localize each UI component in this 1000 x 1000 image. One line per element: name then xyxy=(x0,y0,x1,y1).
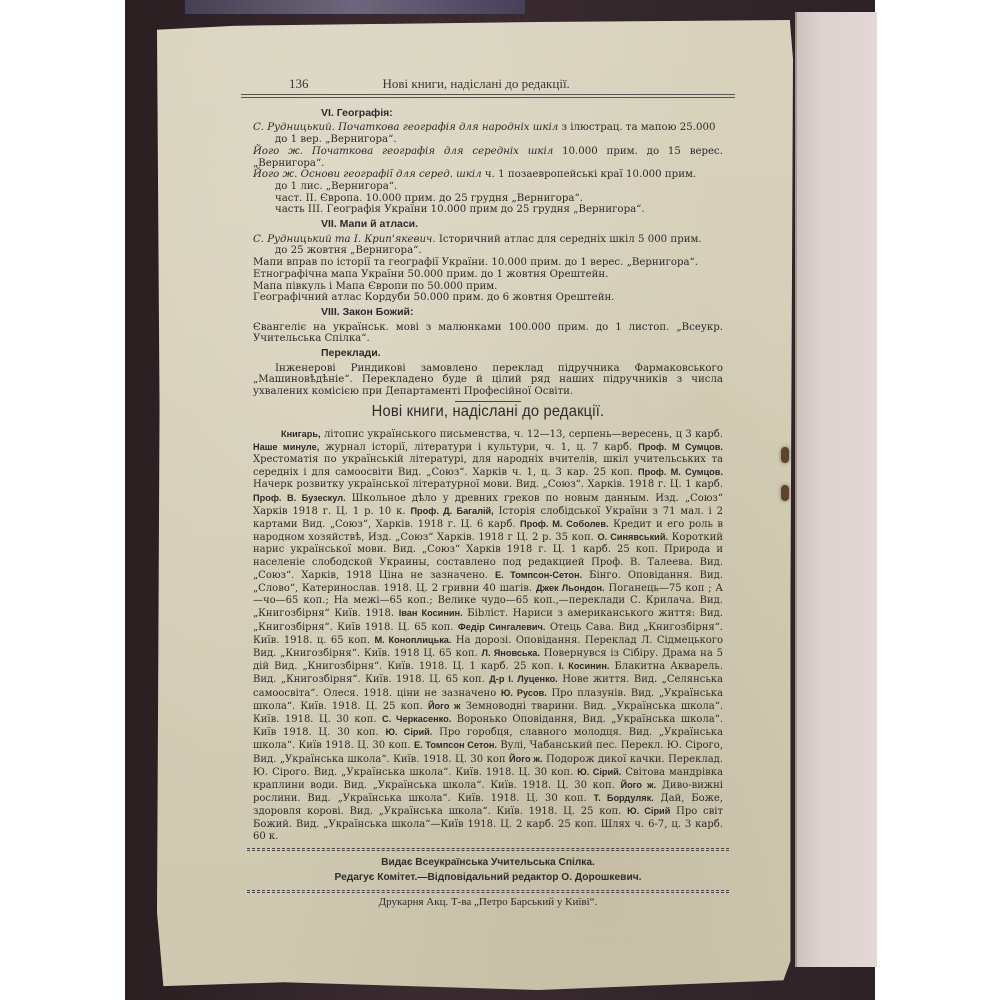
section-divider xyxy=(455,401,521,402)
book-author: Ю. Сірий. xyxy=(577,767,621,777)
book-author: Його ж. xyxy=(620,780,656,790)
book-author: Е. Томпсон-Сетон. xyxy=(495,570,582,580)
running-head: 136 Нові книги, надіслані до редакції. xyxy=(253,78,723,90)
book-author: Його ж xyxy=(428,701,461,711)
new-books-title: Нові книги, надіслані до редакції. xyxy=(272,406,704,418)
section-heading-maps: VII. Мапи й атласи. xyxy=(253,219,723,231)
editor-line: Редагує Комітет.—Відповідальний редактор… xyxy=(253,870,723,885)
imprint: Видає Всеукраїнська Учительська Спілка. … xyxy=(253,855,723,885)
book-author: Ю. Русов. xyxy=(501,688,547,698)
book-author: Його ж. xyxy=(509,754,542,764)
list-item: Географічний атлас Кордуби 50.000 прим. … xyxy=(253,292,723,304)
book-author: Книгарь, xyxy=(281,429,321,439)
book-author: Л. Яновська. xyxy=(482,648,540,658)
book-author: Т. Бордуляк. xyxy=(594,793,654,803)
document-page: 136 Нові книги, надіслані до редакції. V… xyxy=(157,20,793,990)
section-heading-religion: VIII. Закон Божий: xyxy=(253,307,723,319)
binding-hole xyxy=(781,485,789,501)
book-author: Проф. М. Сумцов. xyxy=(638,467,723,477)
imprint-rule xyxy=(247,890,729,893)
imprint-rule xyxy=(247,848,729,851)
header-rule xyxy=(241,94,735,98)
book-author: Д-р І. Луценко. xyxy=(489,674,558,684)
book-details: журнал історії, літератури і культури, ч… xyxy=(319,442,638,453)
book-author: Проф. М. Соболев. xyxy=(520,519,609,529)
section-heading-geography: VI. Географія: xyxy=(253,108,723,120)
running-head-title: Нові книги, надіслані до редакції. xyxy=(383,78,570,90)
section-heading-translations: Переклади. xyxy=(253,348,723,360)
list-item: Етнографічна мапа України 50.000 прим. д… xyxy=(253,269,723,281)
book-author: М. Коноплицька. xyxy=(375,635,452,645)
book-author: Федір Сингалевич. xyxy=(458,622,546,632)
book-author: С. Черкасенко. xyxy=(382,714,451,724)
book-author: Ю. Сірий xyxy=(627,806,670,816)
list-item: С. Рудницький. Початкова географія для н… xyxy=(253,122,723,145)
book-details: Начерк розвитку української літературної… xyxy=(253,479,723,490)
book-author: Ю. Сірий. xyxy=(386,727,433,737)
list-item: Його ж. Початкова географія для середніх… xyxy=(253,146,723,169)
binding-hole xyxy=(781,447,789,463)
book-author: О. Синявський. xyxy=(597,532,668,542)
new-books-list: Книгарь, літопис українського письменств… xyxy=(253,428,723,844)
list-item: Мапи вправ по історії та географії Украї… xyxy=(253,257,723,269)
list-item: Його ж. Основи географії для серед. шкіл… xyxy=(253,169,723,192)
book-author: Проф. В. Бузескул. xyxy=(253,493,346,503)
list-item: Мапа півкуль і Мапа Європи по 50.000 при… xyxy=(253,281,723,293)
book-author: Джек Льондон. xyxy=(536,583,605,593)
page-number: 136 xyxy=(289,78,309,90)
list-item: часть III. Географія України 10.000 прим… xyxy=(253,204,723,216)
paragraph: Інженерові Риндикові замовлено переклад … xyxy=(253,363,723,398)
book-author: І. Косинин. xyxy=(559,661,610,671)
list-item: част. II. Європа. 10.000 прим. до 25 гру… xyxy=(253,193,723,205)
list-item: С. Рудницький та І. Крип'якевич. Історич… xyxy=(253,234,723,257)
paragraph: Євангеліє на українськ. мові з малюнками… xyxy=(253,322,723,345)
book-author: Наше минуле, xyxy=(253,442,319,452)
book-author: Е. Томпсон Сетон. xyxy=(414,740,497,750)
facing-page-edge xyxy=(795,12,877,967)
printer-line: Друкарня Акц. Т-ва „Петро Барський у Киї… xyxy=(253,897,723,909)
page-content: 136 Нові книги, надіслані до редакції. V… xyxy=(253,78,723,909)
book-author: Іван Косинин. xyxy=(399,608,463,618)
publisher-line: Видає Всеукраїнська Учительська Спілка. xyxy=(253,855,723,870)
book-author: Проф. М Сумцов. xyxy=(638,442,723,452)
book-details: літопис українського письменства, ч. 12—… xyxy=(321,429,723,440)
book-author: Проф. Д. Багалій, xyxy=(410,506,493,516)
